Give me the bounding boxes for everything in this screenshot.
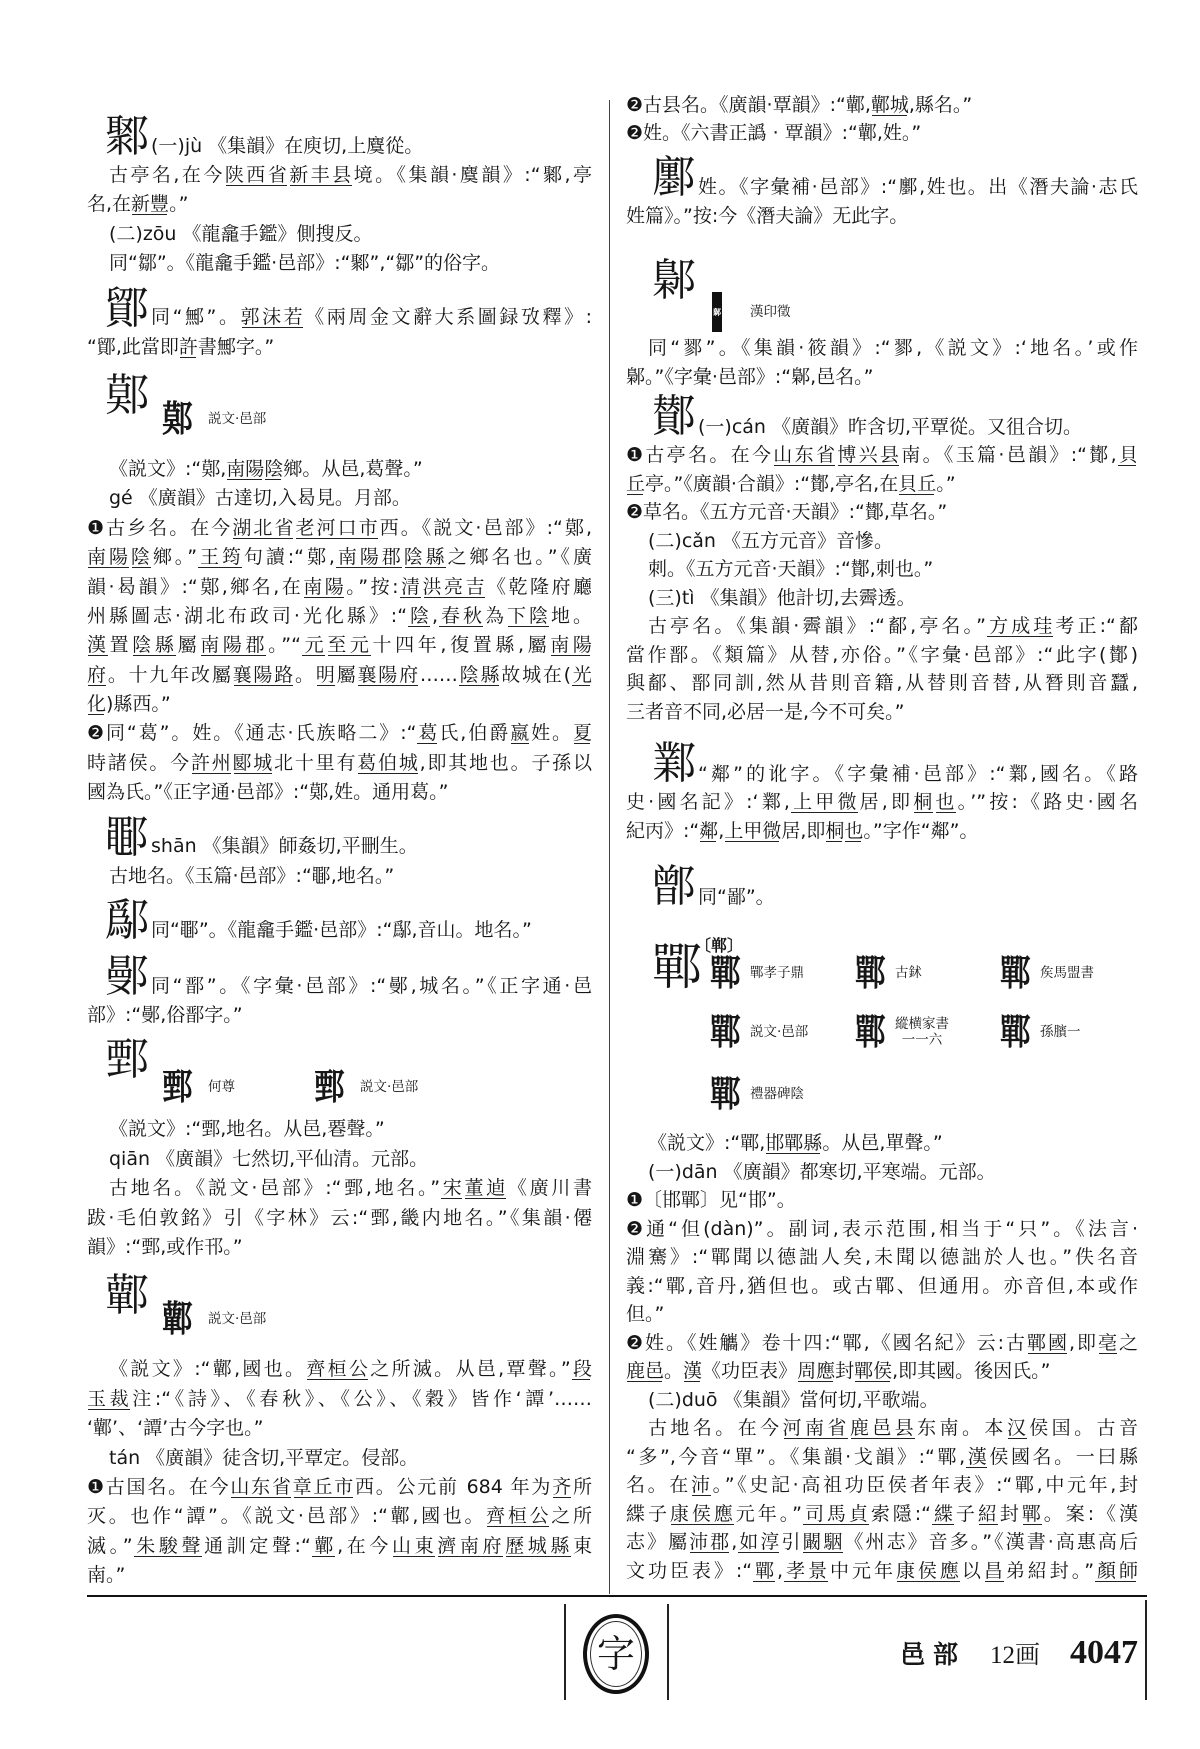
text-run: 引 — [781, 1531, 802, 1553]
text-line: 韻》:“鄄,或作邗。” — [87, 1233, 592, 1262]
text-line: 文功臣表》:“鄲,孝景中元年康侯應以昌弟紹封。”顏師 — [626, 1557, 1138, 1586]
underlined-name: 府 — [87, 664, 108, 686]
headword-row: 鄫同“鄙”。 — [626, 845, 1138, 911]
text-run: )縣西。” — [106, 693, 171, 715]
seal-forms-row: 鄲〔郸〕鄲鄲孝子鼎鄲古鉥鄲矦馬盟書鄲説文·邑部鄲縱横家書一一六鄲孫臏一鄲禮器碑陰 — [626, 911, 1138, 1129]
text-line: 刺。《五方元音·天韻》:“鄼,刺也。” — [626, 555, 1138, 584]
underlined-name: 新丰县 — [289, 164, 353, 186]
underlined-name: 邯鄲縣 — [765, 1132, 822, 1154]
text-run: ❶〔邯鄲〕见“邯”。 — [626, 1189, 796, 1211]
seal-form: 鄲鄲孝子鼎 — [710, 951, 855, 995]
underlined-name: 南陽 — [87, 546, 131, 568]
text-line: ❶古国名。在今山东省章丘市西。公元前 684 年为齐所 — [87, 1473, 592, 1502]
underlined-name: 鄿 — [311, 1535, 337, 1557]
underlined-name: 齊桓公 — [306, 1358, 370, 1380]
text-line: ❷同“葛”。姓。《通志·氏族略二》:“葛氏,伯爵嬴姓。夏 — [87, 719, 592, 748]
dictionary-entry: 鄿鄿説文·邑部《説文》:“鄿,國也。齊桓公之所滅。从邑,覃聲。”段玉裁注:“《詩… — [87, 1262, 592, 1590]
underlined-name: 鄲侯 — [854, 1360, 892, 1382]
seal-script-glyph: 鄲 — [710, 950, 739, 996]
text-line: 姓。《字彙補·邑部》:“鄽,姓也。出《潛夫論·志氏 — [698, 173, 1138, 202]
seal-source: 禮器碑陰 — [750, 1086, 804, 1102]
text-run: 名,在 — [87, 193, 131, 215]
text-line: (二)cǎn 《五方元音》音慘。 — [626, 527, 1138, 556]
seal-form: 鄲禮器碑陰 — [710, 1072, 855, 1116]
underlined-name: 陕西省 — [225, 164, 289, 186]
underlined-name: 朱駿聲 — [133, 1535, 204, 1557]
text-run: 中元年 — [830, 1560, 896, 1582]
text-line: 玉裁注:“《詩》、《春秋》、《公》、《穀》皆作‘譚’…… — [87, 1385, 592, 1414]
text-run: 文功臣表》:“ — [626, 1560, 752, 1582]
seal-form: 鄲説文·邑部 — [710, 1010, 855, 1054]
text-run: 當作鄑。《類篇》从替,亦俗。”《字彙·邑部》:“此字(鄼) — [626, 644, 1138, 666]
text-run: shān 《集韻》師姦切,平刪生。 — [151, 835, 418, 857]
text-line: 志》屬沛郡,如淳引闞駰《州志》音多。”《漢書·高惠高后 — [626, 1528, 1138, 1557]
text-run: ❷姓。《六書正譌 · 覃韻》:“鄿,姓。” — [626, 122, 921, 144]
seal-form: 鄲縱横家書一一六 — [855, 1010, 1000, 1054]
underlined-name: 方成珪 — [986, 615, 1055, 637]
column-divider — [609, 100, 610, 1594]
underlined-name: 齊桓公 — [486, 1505, 551, 1527]
text-line: 同“鄝”。《集韻·筱韻》:“鄝,《説文》:‘地名。’或作 — [626, 334, 1138, 363]
text-run: 十四年,復置縣,屬 — [373, 634, 551, 656]
text-run: 跋·毛伯敦銘》引《字林》云:“鄄,畿内地名。”《集韻·僊 — [87, 1207, 592, 1229]
text-run: 氏,伯爵 — [439, 722, 510, 744]
text-run: 古地名。《説文·邑部》:“鄄,地名。” — [109, 1177, 440, 1199]
underlined-name: 如淳 — [737, 1531, 781, 1553]
headword-row: 鄳shān 《集韻》師姦切,平刪生。 — [87, 808, 592, 862]
text-run: 。”字作“鄰”。 — [863, 820, 978, 842]
text-run: (二)duō 《集韻》當何切,平歌端。 — [648, 1389, 939, 1411]
headword: 鄚 — [105, 374, 149, 418]
text-run: 。”按: — [346, 576, 398, 598]
text-line: (二)duō 《集韻》當何切,平歌端。 — [626, 1386, 1138, 1415]
dictionary-entry: 鄹(一)jù 《集韻》在庾切,上麌從。古亭名,在今陕西省新丰县境。《集韻·麌韻》… — [87, 107, 592, 279]
text-run: 东南。本 — [917, 1417, 1007, 1439]
text-line: (三)tì 《集韻》他計切,去霽透。 — [626, 584, 1138, 613]
headword-row: 鄼(一)cán 《廣韻》昨含切,平覃從。又徂合切。 — [626, 391, 1138, 441]
seal-script-glyph: 鄚 — [162, 396, 191, 442]
seal-forms: 鄿説文·邑部 — [162, 1296, 314, 1342]
underlined-name: 丘 — [626, 473, 645, 495]
text-run: 封 — [1000, 1503, 1022, 1525]
underlined-name: 宋 — [440, 1177, 464, 1199]
underlined-name: 南陽 — [550, 634, 592, 656]
text-line: 灭。也作“譚”。《説文·邑部》:“鄿,國也。齊桓公之所 — [87, 1502, 592, 1531]
underlined-name: 陰縣 — [132, 634, 177, 656]
text-run: 古地名。《玉篇·邑部》:“鄳,地名。” — [109, 865, 394, 887]
text-run: ,即其地也。子孫以 — [420, 752, 592, 774]
text-run: 《説文》:“鄚, — [109, 458, 226, 480]
text-line: 《説文》:“鄿,國也。齊桓公之所滅。从邑,覃聲。”段 — [87, 1355, 592, 1384]
text-line: ‘鄿’、‘譚’古今字也。” — [87, 1414, 592, 1443]
seal-source: 説文·邑部 — [750, 1024, 808, 1040]
underlined-name: 山东省 — [230, 1476, 292, 1498]
footer-rule — [87, 1595, 1147, 1597]
text-run: 三者音不同,必居一是,今不可矣。” — [626, 701, 904, 723]
text-run: (三)tì 《集韻》他計切,去霽透。 — [648, 587, 916, 609]
text-run: 《説文》:“鄿,國也。 — [109, 1358, 306, 1380]
text-line: 時諸侯。今許州郾城北十里有葛伯城,即其地也。子孫以 — [87, 749, 592, 778]
text-line: ❷通“但(dàn)”。副词,表示范围,相当于“只”。《法言· — [626, 1215, 1138, 1244]
seal-source: 孫臏一 — [1040, 1024, 1081, 1040]
text-run: ,縣名。” — [909, 94, 972, 116]
text-run: 刺。《五方元音·天韻》:“鄼,刺也。” — [648, 558, 933, 580]
text-line: 《説文》:“鄲,邯鄲縣。从邑,單聲。” — [626, 1129, 1138, 1158]
right-column: ❷古县名。《廣韻·覃韻》:“鄿,鄿城,縣名。”❷姓。《六書正譌 · 覃韻》:“鄿… — [626, 91, 1138, 1586]
underlined-name: 至元 — [327, 634, 372, 656]
headword: 鄄 — [105, 1038, 149, 1082]
text-run: 東 — [573, 1535, 592, 1557]
text-run: 同“鄳”。《龍龕手鑑·邑部》:“鄬,音山。地名。” — [151, 919, 532, 941]
seal-glyph: 字 — [597, 1635, 635, 1673]
text-run: 南。” — [87, 1564, 125, 1586]
text-run: 鄉。从邑,葛聲。” — [283, 458, 422, 480]
seal-source-label: 鄲孝子鼎 — [750, 965, 804, 981]
text-line: ❷姓。《六書正譌 · 覃韻》:“鄿,姓。” — [626, 119, 1138, 148]
seal-source-label: 説文·邑部 — [208, 411, 266, 427]
dictionary-entry: 鄤同“鄑”。《字彙·邑部》:“鄤,城名。”《正字通·邑部》:“鄤,俗鄑字。” — [87, 945, 592, 1030]
underlined-name: 顏師 — [1094, 1560, 1138, 1582]
text-line: 古地名。《説文·邑部》:“鄄,地名。”宋董逌《廣川書 — [87, 1174, 592, 1203]
text-run: 之所 — [551, 1505, 592, 1527]
seal-source: 説文·邑部 — [208, 1311, 266, 1327]
text-line: 史·國名記》:‘鄴,上甲微居,即桐也。’”按:《路史·國名 — [626, 788, 1138, 817]
headword-row: 鄽姓。《字彙補·邑部》:“鄽,姓也。出《潛夫論·志氏 — [626, 148, 1138, 202]
seal-forms-row: 鄚鄚説文·邑部 — [87, 362, 592, 455]
underlined-name: 老河口市 — [295, 517, 379, 539]
underlined-name: 下陰 — [507, 605, 551, 627]
underlined-name: 歷城縣 — [505, 1535, 573, 1557]
text-run: 亭。”《廣韻·合韻》:“鄼,亭名,在 — [645, 473, 898, 495]
underlined-name: 襄陽府 — [357, 664, 419, 686]
underlined-name: 夏 — [573, 722, 592, 744]
text-run: ❷草名。《五方元音·天韻》:“鄼,草名。” — [626, 501, 947, 523]
text-line: 滅。”朱駿聲通訓定聲:“鄿,在今山東濟南府歷城縣東 — [87, 1532, 592, 1561]
underlined-name: 上甲微 — [724, 820, 781, 842]
text-run: 境。《集韻·麌韻》:“鄹,亭 — [354, 164, 592, 186]
text-run: 北十里有 — [274, 752, 357, 774]
underlined-name: 河南省 — [783, 1417, 850, 1439]
seal-script-glyph: 鄲 — [1000, 1009, 1029, 1055]
text-line: 同“鄑”。《字彙·邑部》:“鄤,城名。”《正字通·邑 — [151, 972, 592, 1001]
headword: 鄬 — [105, 899, 149, 943]
text-run: “鄰”的讹字。《字彙補·邑部》:“鄴,國名。《路 — [698, 763, 1138, 785]
underlined-name: 康侯應 — [670, 1503, 736, 1525]
headword: 鄿 — [105, 1274, 149, 1318]
headword: 鄫 — [652, 865, 696, 909]
underlined-name: 春秋 — [438, 605, 485, 627]
text-line: 古地名。在今河南省鹿邑县东南。本汉侯国。古音 — [626, 1414, 1138, 1443]
underlined-name: 葛 — [416, 722, 439, 744]
text-run: gé 《廣韻》古達切,入曷見。月部。 — [109, 487, 411, 509]
text-run: 古亭名。《集韻·霽韻》:“鄐,亭名。” — [648, 615, 986, 637]
underlined-name: 貝 — [1117, 444, 1138, 466]
page-number: 4047 — [1070, 1636, 1138, 1670]
text-run: 史·國名記》:‘鄴, — [626, 791, 790, 813]
text-run: 侯国。古音 — [1029, 1417, 1138, 1439]
underlined-name: 汉 — [1007, 1417, 1029, 1439]
text-run: 鄉。” — [153, 546, 197, 568]
seal-script-glyph: 鄲 — [1000, 950, 1029, 996]
seal-script-glyph: 鄿 — [162, 1296, 191, 1342]
text-run: 地。 — [551, 605, 592, 627]
underlined-name: 亳 — [1098, 1332, 1119, 1354]
underlined-name: 襄陽路 — [233, 664, 295, 686]
text-run: 注:“《詩》、《春秋》、《公》、《穀》皆作‘譚’…… — [132, 1388, 592, 1410]
text-run: 但。” — [626, 1303, 664, 1325]
seal-form: 鄲矦馬盟書 — [1000, 951, 1145, 995]
text-run: 紀丙》:“ — [626, 820, 699, 842]
seal-source-label: 禮器碑陰 — [750, 1086, 804, 1102]
text-run: 。”“ — [268, 634, 301, 656]
text-run: 侯國名。一曰縣 — [989, 1446, 1138, 1468]
text-line: (一)cán 《廣韻》昨含切,平覃從。又徂合切。 — [698, 413, 1138, 442]
text-line: 紀丙》:“鄰,上甲微居,即桐也。”字作“鄰”。 — [626, 817, 1138, 846]
entry-continuation: ❷古县名。《廣韻·覃韻》:“鄿,鄿城,縣名。”❷姓。《六書正譌 · 覃韻》:“鄿… — [626, 91, 1138, 148]
left-column: 鄹(一)jù 《集韻》在庾切,上麌從。古亭名,在今陕西省新丰县境。《集韻·麌韻》… — [87, 107, 592, 1591]
underlined-name: 緤 — [931, 1503, 956, 1525]
underlined-name: 董逌 — [464, 1177, 507, 1199]
footer-divider — [1145, 1600, 1147, 1700]
text-line: 同“鄒”。《龍龕手鑑·邑部》:“鄹”,“鄒”的俗字。 — [87, 249, 592, 278]
dictionary-entry: 鄳shān 《集韻》師姦切,平刪生。古地名。《玉篇·邑部》:“鄳,地名。” — [87, 808, 592, 891]
seal-source-label: 説文·邑部 — [750, 1024, 808, 1040]
underlined-name: 闞駰 — [802, 1531, 844, 1553]
text-run: “鄮,此當即 — [87, 336, 179, 358]
text-line: “鄰”的讹字。《字彙補·邑部》:“鄴,國名。《路 — [698, 760, 1138, 789]
text-run: 韻》:“鄄,或作邗。” — [87, 1236, 243, 1258]
seal-form: 鄿説文·邑部 — [162, 1296, 314, 1342]
underlined-name: 元 — [301, 634, 327, 656]
text-run: 同“鄑”。《字彙·邑部》:“鄤,城名。”《正字通·邑 — [151, 975, 592, 997]
seal-script-glyph: 鄡 — [712, 292, 722, 332]
text-run: ❷通“但(dàn)”。副词,表示范围,相当于“只”。《法言· — [626, 1218, 1138, 1240]
underlined-name: 貝丘 — [898, 473, 936, 495]
seal-source-label: 孫臏一 — [1040, 1024, 1081, 1040]
text-run: 同“鄦”。 — [151, 306, 241, 328]
seal-source-label: 縱横家書一一六 — [895, 1016, 949, 1048]
text-run: 之所滅。从邑,覃聲。” — [370, 1358, 570, 1380]
seal-form: 鄡漢印徵 — [712, 292, 864, 332]
text-line: 部》:“鄤,俗鄑字。” — [87, 1001, 592, 1030]
text-run: 南。《玉篇·邑韻》:“鄼, — [901, 444, 1116, 466]
headword: 鄽 — [652, 156, 696, 200]
text-run: ,在今 — [337, 1535, 392, 1557]
seal-forms-row: 鄄鄄何尊鄄説文·邑部 — [87, 1030, 592, 1115]
text-run: 弟紹封。” — [1006, 1560, 1094, 1582]
underlined-name: 章丘市 — [293, 1476, 355, 1498]
text-run: 置 — [110, 634, 133, 656]
underlined-name: 紹 — [978, 1503, 1000, 1525]
seal-forms-row: 鄿鄿説文·邑部 — [87, 1262, 592, 1355]
text-line: 同“鄙”。 — [698, 883, 1138, 912]
underlined-name: 昌 — [984, 1560, 1006, 1582]
underlined-name: 陰縣 — [404, 546, 448, 568]
text-line: 三者音不同,必居一是,今不可矣。” — [626, 698, 1138, 727]
text-run: 所 — [573, 1476, 592, 1498]
underlined-name: 新豐 — [131, 193, 169, 215]
text-line: ❶古亭名。在今山东省博兴县南。《玉篇·邑韻》:“鄼,貝 — [626, 441, 1138, 470]
text-run: 元年。” — [736, 1503, 802, 1525]
underlined-name: 康侯應 — [896, 1560, 962, 1582]
text-line: “鄮,此當即許書鄦字。” — [87, 333, 592, 362]
text-run: 時諸侯。今 — [87, 752, 191, 774]
seal-source: 何尊 — [208, 1079, 235, 1095]
text-run: 之鄉名也。”《廣 — [448, 546, 592, 568]
seal-source-label: 古鉥 — [895, 965, 922, 981]
text-line: 韻·曷韻》:“鄚,鄉名,在南陽。”按:清洪亮吉《乾隆府廳 — [87, 573, 592, 602]
underlined-name: 桐 — [913, 791, 935, 813]
text-run: ❷姓。《姓觿》卷十四:“鄲,《國名紀》云:古 — [626, 1332, 1027, 1354]
headword-row: 鄤同“鄑”。《字彙·邑部》:“鄤,城名。”《正字通·邑 — [87, 945, 592, 1001]
text-run: 子 — [956, 1503, 978, 1525]
text-run: 居,即 — [781, 820, 825, 842]
headword-row: 鄬同“鄳”。《龍龕手鑑·邑部》:“鄬,音山。地名。” — [87, 891, 592, 945]
underlined-name: 鄲 — [1022, 1503, 1044, 1525]
text-run: 名。在 — [626, 1474, 691, 1496]
text-line: 南。” — [87, 1561, 592, 1590]
seal-form: 鄚説文·邑部 — [162, 396, 314, 442]
underlined-name: 湖北省 — [232, 517, 295, 539]
seal-form: 鄲孫臏一 — [1000, 1010, 1145, 1054]
underlined-name: 山東 — [392, 1535, 437, 1557]
headword-row: 鄮同“鄦”。郭沫若《兩周金文辭大系圖録攷釋》: — [87, 279, 592, 333]
underlined-name: 山东省 — [773, 444, 837, 466]
text-run: 古地名。在今 — [648, 1417, 783, 1439]
headword: 鄹 — [105, 115, 149, 159]
underlined-name: 許州 — [191, 752, 233, 774]
text-line: ❷古县名。《廣韻·覃韻》:“鄿,鄿城,縣名。” — [626, 91, 1138, 120]
text-run: 滅。” — [87, 1535, 133, 1557]
underlined-name: 南陽 — [226, 458, 264, 480]
seal-script-glyph: 鄲 — [855, 950, 884, 996]
footer-divider — [564, 1604, 566, 1700]
text-line: 但。” — [626, 1300, 1138, 1329]
text-line: 鹿邑。漢《功臣表》周應封鄲侯,即其國。後因氏。” — [626, 1357, 1138, 1386]
text-run: ,即 — [1069, 1332, 1098, 1354]
text-run: 《兩周金文辭大系圖録攷釋》: — [305, 306, 592, 328]
dictionary-entry: 鄮同“鄦”。郭沫若《兩周金文辭大系圖録攷釋》:“鄮,此當即許書鄦字。” — [87, 279, 592, 362]
text-line: 鄡。”《字彙·邑部》:“鄡,邑名。” — [626, 363, 1138, 392]
underlined-name: 南陽 — [303, 576, 346, 598]
dictionary-entry: 鄽姓。《字彙補·邑部》:“鄽,姓也。出《潛夫論·志氏姓篇》。”按:今《潛夫論》无… — [626, 148, 1138, 231]
underlined-name: 郭沫若 — [241, 306, 306, 328]
text-line: 古亭名。《集韻·霽韻》:“鄐,亭名。”方成珪考正:“鄐 — [626, 612, 1138, 641]
seal-forms: 鄲鄲孝子鼎鄲古鉥鄲矦馬盟書鄲説文·邑部鄲縱横家書一一六鄲孫臏一鄲禮器碑陰 — [710, 951, 1145, 1116]
text-run: 鄡。”《字彙·邑部》:“鄡,邑名。” — [626, 366, 874, 388]
seal-source-label: 何尊 — [208, 1079, 235, 1095]
text-run: (一)cán 《廣韻》昨含切,平覃從。又徂合切。 — [698, 416, 1082, 438]
dictionary-entry: 鄫同“鄙”。 — [626, 845, 1138, 911]
dictionary-entry: 鄚鄚説文·邑部《説文》:“鄚,南陽陰鄉。从邑,葛聲。”gé 《廣韻》古達切,入曷… — [87, 362, 592, 808]
underlined-name: 也 — [844, 820, 863, 842]
text-run: tán 《廣韻》徒含切,平覃定。侵部。 — [109, 1447, 418, 1469]
text-line: tán 《廣韻》徒含切,平覃定。侵部。 — [87, 1444, 592, 1473]
text-run: 《説文》:“鄄,地名。从邑,䙴聲。” — [109, 1118, 385, 1140]
seal-source-label: 矦馬盟書 — [1040, 965, 1094, 981]
text-line: qiān 《廣韻》七然切,平仙清。元部。 — [87, 1145, 592, 1174]
text-run: (二)zōu 《龍龕手鑑》側搜反。 — [109, 223, 373, 245]
text-run: 。 — [295, 664, 316, 686]
text-run: 義:“鄲,音丹,猶但也。或古鄲、但通用。亦音但,本或作 — [626, 1275, 1138, 1297]
underlined-name: 桐 — [825, 820, 844, 842]
seal-forms: 鄚説文·邑部 — [162, 396, 314, 442]
headword: 鄡 — [652, 259, 696, 303]
seal-source: 鄲孝子鼎 — [750, 965, 804, 981]
seal-forms: 鄄何尊鄄説文·邑部 — [162, 1064, 466, 1110]
text-run: 州縣圖志·湖北布政司·光化縣》:“ — [87, 605, 407, 627]
text-line: 名。在沛。”《史記·高祖功臣侯者年表》:“鄲,中元年,封 — [626, 1471, 1138, 1500]
underlined-name: 齐 — [552, 1476, 573, 1498]
underlined-name: 南陽郡 — [200, 634, 268, 656]
text-run: 居,即 — [860, 791, 914, 813]
text-run: 。” — [169, 193, 188, 215]
text-line: 州縣圖志·湖北布政司·光化縣》:“陰,春秋為下陰地。 — [87, 602, 592, 631]
seal-form: 鄄説文·邑部 — [314, 1064, 466, 1110]
text-run: ❷同“葛”。姓。《通志·氏族略二》:“ — [87, 722, 416, 744]
seal-script-glyph: 鄲 — [855, 1009, 884, 1055]
text-line: 國為氏。”《正字通·邑部》:“鄚,姓。通用葛。” — [87, 778, 592, 807]
text-line: ❷草名。《五方元音·天韻》:“鄼,草名。” — [626, 498, 1138, 527]
text-run: 緤子 — [626, 1503, 670, 1525]
text-line: ❶〔邯鄲〕见“邯”。 — [626, 1186, 1138, 1215]
text-run: 與鄐、鄑同訓,然从昔則音籍,从替則音替,从朁則音蠶, — [626, 672, 1138, 694]
underlined-name: 鄿城 — [871, 94, 909, 116]
text-run: 《乾隆府廳 — [487, 576, 592, 598]
text-run: 封 — [835, 1360, 854, 1382]
underlined-name: 玉裁 — [87, 1388, 132, 1410]
text-run: 姓篇》。”按:今《潛夫論》无此字。 — [626, 205, 908, 227]
text-run: “多”,今音“單”。《集韻·戈韻》:“鄲, — [626, 1446, 965, 1468]
seal-script-glyph: 鄲 — [710, 1009, 739, 1055]
underlined-name: 沛 — [691, 1474, 713, 1496]
underlined-name: 博兴县 — [837, 444, 901, 466]
underlined-name: 洪亮吉 — [423, 576, 487, 598]
text-run: 屬 — [178, 634, 201, 656]
footer-divider — [667, 1604, 669, 1700]
underlined-name: 濟南府 — [437, 1535, 505, 1557]
underlined-name: 郾城 — [233, 752, 275, 774]
underlined-name: 清 — [399, 576, 423, 598]
text-line: 丘亭。”《廣韻·合韻》:“鄼,亭名,在貝丘。” — [626, 470, 1138, 499]
stroke-count: 12画 — [990, 1643, 1040, 1668]
text-line: 當作鄑。《類篇》从替,亦俗。”《字彙·邑部》:“此字(鄼) — [626, 641, 1138, 670]
text-line: 名,在新豐。” — [87, 190, 592, 219]
underlined-name: 鄲 — [752, 1560, 777, 1582]
text-line: (一)jù 《集韻》在庾切,上麌從。 — [151, 132, 592, 161]
text-run: 《廣川書 — [508, 1177, 592, 1199]
underlined-name: 陰縣 — [458, 664, 501, 686]
text-run: ,即其國。後因氏。” — [892, 1360, 1050, 1382]
headword: 鄼 — [652, 395, 696, 439]
text-run: 故城在( — [501, 664, 571, 686]
text-line: 與鄐、鄑同訓,然从昔則音籍,从替則音替,从朁則音蠶, — [626, 669, 1138, 698]
text-run: 灭。也作“譚”。《説文·邑部》:“鄿,國也。 — [87, 1505, 486, 1527]
text-run: 句讀:“鄚, — [244, 546, 335, 568]
text-run: 同“鄒”。《龍龕手鑑·邑部》:“鄹”,“鄒”的俗字。 — [109, 252, 500, 274]
seal-source: 漢印徵 — [750, 304, 791, 320]
underlined-name: 陰 — [264, 458, 283, 480]
text-line: “多”,今音“單”。《集韻·戈韻》:“鄲,漢侯國名。一曰縣 — [626, 1443, 1138, 1472]
underlined-name: 鄲國 — [1027, 1332, 1069, 1354]
text-run: 。从邑,單聲。” — [822, 1132, 942, 1154]
dictionary-entry: 鄴“鄰”的讹字。《字彙補·邑部》:“鄴,國名。《路史·國名記》:‘鄴,上甲微居,… — [626, 726, 1138, 845]
headword: 鄴 — [652, 742, 696, 786]
text-line: ❶古乡名。在今湖北省老河口市西。《説文·邑部》:“鄚, — [87, 514, 592, 543]
seal-source-line2: 一一六 — [895, 1032, 949, 1048]
underlined-name: 鄰 — [699, 820, 718, 842]
text-run: 國為氏。”《正字通·邑部》:“鄚,姓。通用葛。” — [87, 781, 449, 803]
